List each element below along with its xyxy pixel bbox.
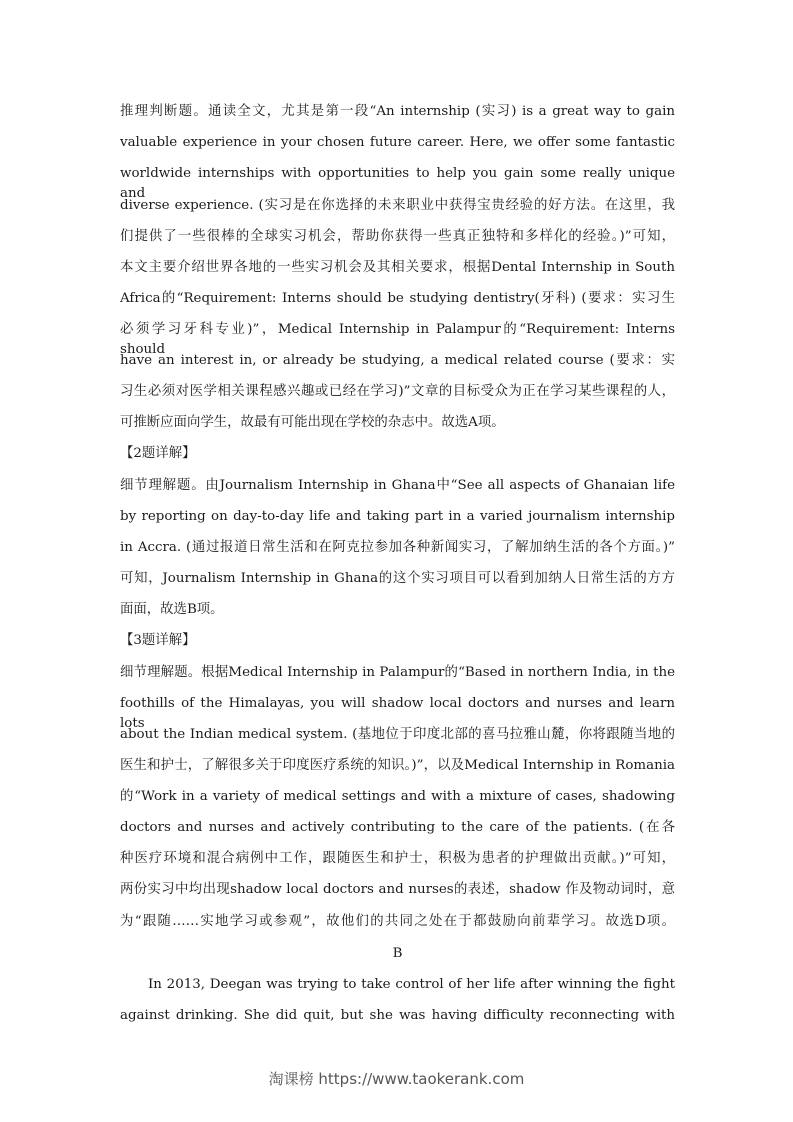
text-line: 种医疗环境和混合病例中工作，跟随医生和护士，积极为患者的护理做出贡献。)”可知， [120, 849, 675, 869]
section-heading-q2: 【2题详解】 [120, 444, 675, 464]
section-heading-q3: 【3题详解】 [120, 631, 675, 651]
text-line: have an interest in, or already be study… [120, 351, 675, 371]
text-line: 为“跟随……实地学习或参观”，故他们的共同之处在于都鼓励向前辈学习。故选D项。 [120, 912, 675, 932]
document-page: 推理判断题。通读全文，尤其是第一段“An internship (实习) is … [0, 0, 793, 1122]
text-line: diverse experience. (实习是在你选择的未来职业中获得宝贵经验… [120, 196, 675, 216]
text-line: 可推断应面向学生，故最有可能出现在学校的杂志中。故选A项。 [120, 413, 675, 433]
text-line: 的“Work in a variety of medical settings … [120, 787, 675, 807]
text-line: 们提供了一些很棒的全球实习机会，帮助你获得一些真正独特和多样化的经验。)”可知， [120, 227, 675, 247]
text-line: about the Indian medical system. (基地位于印度… [120, 725, 675, 745]
text-line: 面面，故选B项。 [120, 600, 675, 620]
text-line: Africa的“Requirement: Interns should be s… [120, 289, 675, 309]
passage-heading: B [120, 944, 675, 964]
text-line: in Accra. (通过报道日常生活和在阿克拉参加各种新闻实习，了解加纳生活的… [120, 538, 675, 558]
text-line: 本文主要介绍世界各地的一些实习机会及其相关要求，根据Dental Interns… [120, 258, 675, 278]
text-line: 可知，Journalism Internship in Ghana的这个实习项目… [120, 569, 675, 589]
text-line: 两份实习中均出现shadow local doctors and nurses的… [120, 880, 675, 900]
text-line: 必须学习牙科专业)”，Medical Internship in Palampu… [120, 320, 675, 340]
text-line: worldwide internships with opportunities… [120, 164, 675, 184]
text-line: 细节理解题。由Journalism Internship in Ghana中“S… [120, 476, 675, 496]
text-line: doctors and nurses and actively contribu… [120, 818, 675, 838]
text-line: valuable experience in your chosen futur… [120, 133, 675, 153]
footer-watermark: 淘课榜 https://www.taokerank.com [0, 1068, 793, 1089]
passage-line: In 2013, Deegan was trying to take contr… [120, 975, 675, 995]
text-line: 细节理解题。根据Medical Internship in Palampur的“… [120, 663, 675, 683]
passage-line: against drinking. She did quit, but she … [120, 1006, 675, 1026]
text-line: by reporting on day-to-day life and taki… [120, 507, 675, 527]
text-line: 医生和护士，了解很多关于印度医疗系统的知识。)”，以及Medical Inter… [120, 756, 675, 776]
text-line: foothills of the Himalayas, you will sha… [120, 694, 675, 714]
text-line: 推理判断题。通读全文，尤其是第一段“An internship (实习) is … [120, 102, 675, 122]
text-line: 习生必须对医学相关课程感兴趣或已经在学习)”文章的目标受众为正在学习某些课程的人… [120, 382, 675, 402]
